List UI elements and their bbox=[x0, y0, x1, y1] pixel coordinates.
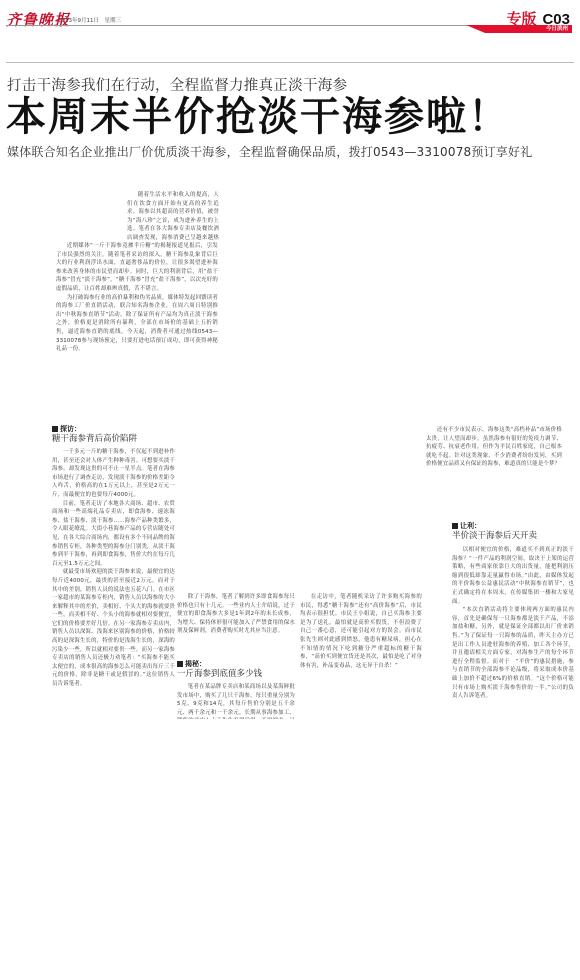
intro-text-narrow: 随着生活水平和收入的提高，人们在饮食方面开始有更高的养生追求。海参以其超高的营养… bbox=[127, 191, 219, 243]
section2-heading: 揭秘： 一斤海参到底值多少钱 bbox=[177, 659, 295, 679]
article-headline: 本周末半价抢淡干海参啦！ bbox=[6, 93, 510, 141]
section1-heading: 探访： 糖干海参背后高价陷阱 bbox=[52, 424, 177, 444]
body-paragraph: 就最受市场欢迎的淡干海参来说，最便宜的达每斤近4000元，最贵的甚至接近2万元。… bbox=[52, 568, 175, 688]
section1-text: 一千多元一斤的糖干海参，不仅起不到进补作用，甚至还会对人体产生种种毒害。可想要买… bbox=[52, 448, 175, 758]
section3-heading: 让利： 半价淡干海参后天开卖 bbox=[452, 521, 572, 541]
square-bullet-icon bbox=[177, 661, 183, 667]
body-paragraph: 还有不少市民表示，海参这类“高档补品”市场价格太贵，让人望而却步。虽然海参有很好… bbox=[426, 426, 562, 469]
body-paragraph: 以相对便宜的价格，难道买不到真正的淡干海参？“一件产品的利润空间，取决于上架的运… bbox=[452, 546, 574, 606]
intro-text: 近期媒体“一斤干海参竟掺半斤糖”的揭秘报道见报后，引发了市民强烈的关注。随着笔者… bbox=[56, 242, 218, 354]
section3-text: 以相对便宜的价格，难道买不到真正的淡干海参？“一件产品的利润空间，取决于上架的运… bbox=[452, 546, 574, 718]
section2-text: 笔者在某品牌专卖店和某商场以及某海鲜批发市场中，购买了几只干海参，每只重量分别为… bbox=[177, 683, 295, 719]
intro-paragraph: 近期媒体“一斤干海参竟掺半斤糖”的揭秘报道见报后，引发了市民强烈的关注。随着笔者… bbox=[56, 242, 218, 294]
article-deck: 媒体联合知名企业推出厂价优质淡干海参，全程监督确保品质，拨打0543—33100… bbox=[7, 143, 532, 160]
section1-title: 糖干海参背后高价陷阱 bbox=[52, 434, 177, 444]
article-kicker: 打击干海参我们在行动，全程监督力推真正淡干海参 bbox=[7, 74, 347, 95]
body-paragraph: 目前，笔者走访了本地各大商场、超市、农贸商场和一些高端礼品专卖店，即食海参、速冻… bbox=[52, 500, 175, 569]
intro-paragraph: 为打破海参行业的高价暴利和伪劣品质，媒体特发起回馈读者的海参工厂价直销活动，联合… bbox=[56, 294, 218, 354]
section3-title: 半价淡干海参后天开卖 bbox=[452, 531, 572, 541]
section-name: 今日滨州 bbox=[546, 25, 568, 33]
square-bullet-icon bbox=[452, 523, 458, 529]
body-paragraph: 在走访中，笔者随机采访了许多购买海参的市民，得悉“糖干海参”还有“高价海参”后，… bbox=[300, 593, 422, 670]
issue-date: 2013年9月11日 星期三 bbox=[58, 16, 121, 24]
intro-paragraph: 随着生活水平和收入的提高，人们在饮食方面开始有更高的养生追求。海参以其超高的营养… bbox=[127, 191, 219, 243]
section2-title: 一斤海参到底值多少钱 bbox=[177, 669, 295, 679]
section1-continued: 除了干海参，笔者了解到许多即食海参每只价格也只有十几元。一些业内人士介绍说，过于… bbox=[177, 593, 295, 655]
divider bbox=[6, 62, 574, 63]
section2-continued: 在走访中，笔者随机采访了许多购买海参的市民，得悉“糖干海参”还有“高价海参”后，… bbox=[300, 593, 422, 720]
masthead: 齐鲁晚报 2013年9月11日 星期三 专版 C03 今日滨州 bbox=[0, 0, 580, 40]
body-paragraph: 笔者在某品牌专卖店和某商场以及某海鲜批发市场中，购买了几只干海参，每只重量分别为… bbox=[177, 683, 295, 719]
section2-right: 还有不少市民表示，海参这类“高档补品”市场价格太贵，让人望而却步。虽然海参有很好… bbox=[426, 426, 562, 518]
body-paragraph: “本次直销活动将主要体现两方面的惠民内容，首先是确保每一只海参都是淡干产品，不添… bbox=[452, 606, 574, 701]
body-paragraph: 一千多元一斤的糖干海参，不仅起不到进补作用，甚至还会对人体产生种种毒害。可想要买… bbox=[52, 448, 175, 500]
square-bullet-icon bbox=[52, 426, 58, 432]
body-paragraph: 除了干海参，笔者了解到许多即食海参每只价格也只有十几元。一些业内人士介绍说，过于… bbox=[177, 593, 295, 636]
